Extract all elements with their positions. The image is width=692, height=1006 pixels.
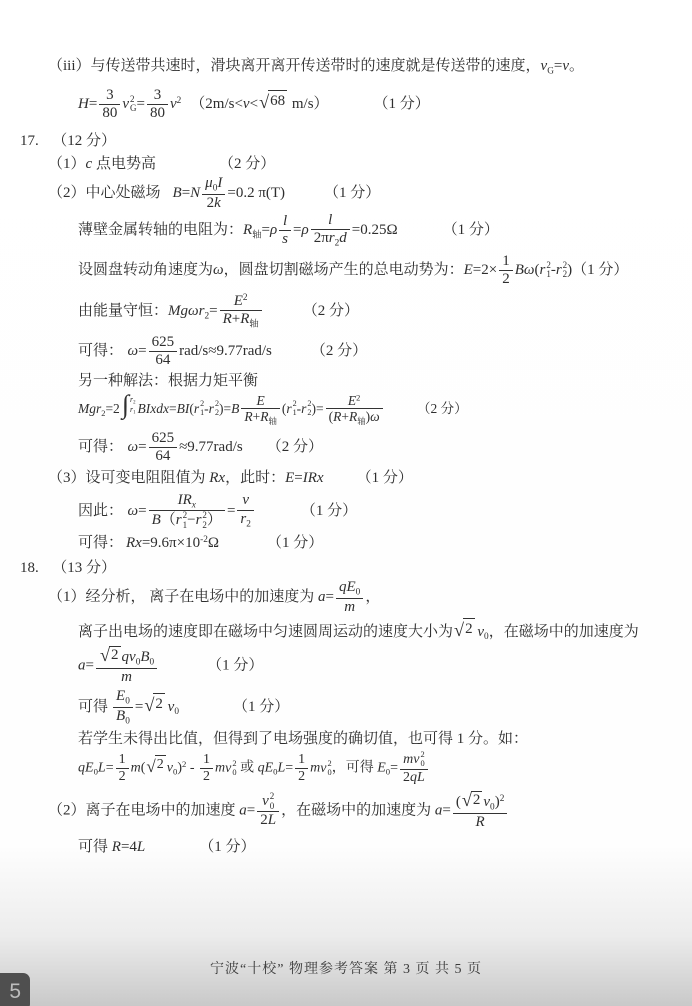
text: 薄壁金属转轴的电阻为： — [78, 222, 243, 238]
fraction: 380 — [147, 87, 168, 123]
radicand: 2 — [471, 791, 483, 809]
text: ，此时： — [225, 470, 285, 486]
fraction: v202L — [257, 792, 279, 829]
line-q17-omega3: 因此：ω=IRxB（r21−r22）=vr2（1 分） — [0, 492, 692, 531]
math-variable: r — [209, 400, 214, 418]
corner-page-badge-label: 5 — [9, 980, 21, 1004]
fraction: mv202qL — [400, 751, 428, 786]
text: 可得： — [78, 535, 123, 551]
subscript: 0 — [420, 760, 424, 769]
math-variable: Mgr — [78, 401, 101, 416]
subscript: 轴 — [268, 417, 276, 426]
fraction: l2πr2d — [311, 212, 350, 249]
text: ，圆盘切割磁场产生的总电动势为： — [224, 262, 464, 278]
radicand: 2 — [155, 755, 166, 775]
math-variable: Rx — [126, 535, 142, 551]
text: 3 — [106, 87, 114, 103]
fraction-numerator: μ0I — [202, 175, 225, 195]
math-variable: a — [78, 657, 86, 673]
square-root: √2 — [144, 693, 165, 714]
text: 2 — [260, 812, 268, 828]
fraction-denominator: 80 — [147, 105, 168, 122]
line-q17-emf: 设圆盘转动角速度为ω，圆盘切割磁场产生的总电动势为：E=2×12Bω(r21-r… — [0, 253, 692, 289]
math-variable: ω — [128, 502, 139, 518]
text: 2 — [119, 769, 126, 784]
text: 轴 — [268, 417, 276, 426]
math-variable: r — [539, 260, 545, 280]
fraction: ls — [279, 213, 291, 249]
text: 2 — [133, 400, 135, 405]
fraction-numerator: 625 — [149, 334, 178, 352]
math-variable: k — [214, 195, 221, 211]
text: 由能量守恒： — [78, 303, 168, 319]
math-variable: l — [328, 212, 332, 228]
text: 设圆盘转动角速度为 — [78, 262, 213, 278]
text: = — [135, 699, 143, 715]
math-variable: L — [268, 812, 276, 828]
sub-sup-group: v2G — [122, 94, 136, 114]
line-q18-R-result: 可得 R=4L（1 分） — [0, 837, 692, 857]
math-variable: a — [239, 802, 247, 818]
corner-page-badge[interactable]: 5 — [0, 973, 30, 1006]
text: =0.2 π(T) — [227, 185, 285, 201]
line-q17-Rx-result: 可得：Rx=9.6π×10-2Ω（1 分） — [0, 533, 692, 553]
fraction-denominator: 2qL — [400, 770, 428, 786]
math-variable: I — [217, 175, 222, 191]
text: 轴 — [249, 319, 258, 329]
math-variable: x — [192, 500, 196, 510]
text: = — [138, 502, 146, 518]
fraction: √2qv0B0m — [96, 646, 157, 686]
fraction-numerator: E2 — [220, 293, 262, 311]
line-q18-speed-statement: 离子出电场的速度即在磁场中匀速圆周运动的速度大小为√2v0，在磁场中的加速度为 — [0, 618, 692, 644]
text: =9.6π — [142, 535, 177, 551]
fraction-numerator: 1 — [116, 752, 129, 769]
square-root: √2 — [146, 755, 165, 775]
text: =0.25Ω — [352, 222, 398, 238]
text: （3）设可变电阻阻值为 — [48, 470, 209, 486]
sub-sup-group: v20 — [320, 760, 331, 779]
math-variable: ρ — [270, 222, 277, 238]
math-variable: Mg — [168, 303, 188, 319]
text: ×10 — [177, 535, 200, 551]
sub-sup-group: v20 — [262, 792, 274, 811]
text: 2π — [314, 230, 329, 246]
square-root: √2 — [454, 618, 475, 639]
text: （ — [161, 512, 176, 528]
text: 80 — [102, 105, 117, 121]
fraction-numerator: 625 — [149, 430, 178, 448]
text: 若学生未得出比值，但得到了电场强度的确切值，也可得 1 分。如： — [78, 731, 528, 747]
math-variable: B — [173, 185, 182, 201]
text: 625 — [152, 430, 175, 446]
math-variable: m — [131, 761, 141, 776]
math-variable: ω — [128, 439, 139, 455]
math-variable: R — [349, 409, 357, 424]
math-variable: B — [231, 401, 239, 416]
text: 0 — [174, 707, 179, 717]
math-variable: l — [283, 213, 287, 229]
text: 2 — [203, 769, 210, 784]
fraction-denominator: 2L — [257, 812, 279, 829]
line-q17-energy: 由能量守恒：Mgωr2=E2R+R轴（2 分） — [0, 293, 692, 330]
text: 0 — [125, 696, 130, 706]
math-variable: v — [320, 760, 326, 779]
math-variable: R — [244, 409, 252, 424]
text: − — [187, 512, 195, 528]
math-variable: E — [234, 293, 243, 309]
text: = — [136, 96, 144, 112]
text: 2 — [155, 696, 163, 712]
math-variable: m — [403, 752, 413, 767]
text: < — [250, 96, 258, 112]
text: 80 — [150, 105, 165, 121]
integral-lower: r1 — [130, 406, 135, 416]
math-variable: B — [152, 512, 161, 528]
text: 64 — [155, 448, 170, 464]
subscript: 0 — [270, 802, 275, 811]
line-q17-resistance: 薄壁金属转轴的电阻为：R轴=ρls=ρl2πr2d=0.25Ω（1 分） — [0, 212, 692, 249]
fraction: 380 — [99, 87, 120, 123]
line-H-formula: H=380v2G=380v2（2m/s<v<√68 m/s）（1 分） — [0, 87, 692, 123]
line-q17-omega2: 可得：ω=62564≈9.77rad/s（2 分） — [0, 430, 692, 466]
superscript: 2 — [356, 393, 360, 402]
subscript: 0 — [125, 696, 130, 706]
fraction-numerator: (√2v0)2 — [453, 791, 508, 814]
math-variable: r — [194, 400, 199, 418]
math-variable: R — [240, 311, 249, 327]
sub-sup-group: r22 — [209, 400, 219, 418]
math-variable: v — [413, 752, 419, 768]
fraction-numerator: √2qv0B0 — [96, 646, 157, 669]
math-variable: r — [196, 512, 202, 529]
text: （2 分） — [267, 439, 323, 455]
fraction-denominator: (R+R轴)ω — [326, 409, 383, 427]
math-variable: m — [215, 761, 225, 776]
fraction-numerator: 3 — [99, 87, 120, 105]
text: rad/s≈9.77rad/s — [179, 343, 272, 359]
text: 0 — [150, 657, 155, 667]
radicand: 68 — [268, 90, 287, 111]
fraction: 12 — [295, 752, 308, 785]
text: （2 分） — [303, 303, 359, 319]
fraction: vr2 — [237, 492, 254, 529]
document-page: （iii）与传送带共速时，滑块离开离开传送带时的速度就是传送带的速度，vG=v。… — [0, 0, 692, 857]
math-variable: E — [377, 761, 386, 776]
text: 轴 — [357, 417, 365, 426]
text: 2 — [111, 647, 119, 663]
superscript: 2 — [500, 794, 505, 804]
text: 可得 — [78, 699, 108, 715]
line-q18-part1-accel: （1）经分析， 离子在电场中的加速度为 a=qE0m， — [0, 579, 692, 616]
text: （2）中心处磁场 — [48, 185, 161, 201]
math-variable: E — [464, 262, 473, 278]
fraction-denominator: 2 — [200, 769, 213, 785]
line-iii-statement: （iii）与传送带共速时，滑块离开离开传送带时的速度就是传送带的速度，vG=v。 — [0, 56, 692, 78]
text: ≈9.77rad/s — [179, 439, 243, 455]
text: = — [294, 470, 302, 486]
square-root: √68 — [259, 90, 287, 111]
text: ，在磁场中的加速度为 — [489, 624, 639, 640]
sub-sup-group: r21 — [286, 400, 296, 418]
radicand: 2 — [153, 693, 165, 714]
fraction-numerator: E2 — [326, 393, 383, 410]
math-variable: ρ — [301, 222, 308, 238]
math-variable: L — [98, 761, 106, 776]
fraction: qE0m — [336, 579, 363, 616]
math-variable: v — [262, 793, 269, 810]
math-variable: qv — [122, 649, 136, 665]
sub-sup-group: r22 — [556, 260, 567, 280]
math-variable: ω — [524, 262, 535, 278]
fraction-denominator: 2 — [295, 769, 308, 785]
text: 2 — [298, 769, 305, 784]
math-variable: BI — [177, 401, 190, 416]
text: = — [247, 802, 255, 818]
text: （2m/s< — [190, 96, 243, 112]
math-variable: E — [116, 688, 125, 704]
text: = — [442, 802, 450, 818]
integral: ∫r2r1 — [122, 394, 136, 416]
subscript: 轴 — [249, 319, 258, 329]
line-q17-part3: （3）设可变电阻阻值为 Rx，此时：E=IRx（1 分） — [0, 468, 692, 488]
text: ，在磁场中的加速度为 — [281, 802, 435, 818]
math-variable: v — [242, 492, 249, 508]
math-variable: a — [318, 589, 326, 605]
math-variable: r — [556, 260, 562, 280]
math-variable: E — [256, 393, 264, 408]
text: 2 — [246, 519, 251, 529]
math-variable: IRx — [303, 470, 324, 486]
math-variable: qE — [258, 761, 274, 776]
text: = — [209, 303, 217, 319]
math-variable: ω — [213, 262, 224, 278]
text: （1 分） — [357, 470, 413, 486]
math-variable: μ — [205, 175, 213, 191]
text: （2 分） — [417, 401, 468, 416]
text: （iii）与传送带共速时，滑块离开离开传送带时的速度就是传送带的速度， — [48, 58, 541, 74]
text: = — [227, 502, 235, 518]
line-q17-torque: Mgr2=2∫r2r1BIxdx=BI(r21-r22)=BER+R轴(r21-… — [0, 393, 692, 427]
integral-icon: ∫ — [122, 394, 129, 416]
fraction-numerator: l — [279, 213, 291, 231]
fraction-numerator: 1 — [200, 752, 213, 769]
text: 0 — [125, 716, 130, 726]
text: = — [169, 401, 177, 416]
page-footer: 宁波“十校” 物理参考答案 第 3 页 共 5 页 — [0, 958, 692, 978]
fraction-denominator: 2πr2d — [311, 230, 350, 249]
fraction-denominator: R — [453, 814, 508, 831]
fraction-denominator: r2 — [237, 511, 254, 530]
text: + — [341, 409, 349, 424]
text: ( — [456, 794, 461, 810]
math-variable: R — [223, 311, 232, 327]
line-q18-header: 18.（13 分） — [0, 558, 692, 578]
text: =2× — [473, 262, 497, 278]
text: )= — [311, 401, 323, 416]
math-variable: ω — [370, 409, 380, 424]
math-variable: r — [286, 400, 291, 418]
subscript: 2 — [246, 519, 251, 529]
text: 625 — [152, 334, 175, 350]
line-q17-part1: （1）c 点电势高（2 分） — [0, 154, 692, 174]
math-variable: N — [190, 185, 200, 201]
text: + — [232, 311, 240, 327]
text: ( — [141, 761, 146, 776]
fraction-denominator: m — [336, 599, 363, 616]
text: （1）经分析， 离子在电场中的加速度为 — [48, 589, 318, 605]
text: 可得： — [78, 439, 123, 455]
text: 2 — [502, 271, 510, 287]
fraction-numerator: v — [237, 492, 254, 510]
text: 2 — [473, 792, 481, 808]
text: ，可得 — [332, 761, 378, 776]
fraction-numerator: E — [241, 393, 280, 410]
text: 64 — [155, 352, 170, 368]
fraction: 12 — [116, 752, 129, 785]
subscript: 2 — [133, 400, 135, 405]
superscript: -2 — [200, 535, 208, 545]
math-variable: ω — [128, 343, 139, 359]
subscript: 0 — [125, 716, 130, 726]
math-variable: v — [170, 96, 177, 112]
line-q18-note: 若学生未得出比值，但得到了电场强度的确切值，也可得 1 分。如： — [0, 729, 692, 749]
radicand: 2 — [463, 618, 475, 639]
text: ， — [365, 589, 380, 605]
text: 2 — [500, 794, 505, 804]
subscript: 轴 — [252, 230, 261, 240]
text: （12 分） — [52, 133, 116, 149]
text: = — [262, 222, 270, 238]
math-variable: qE — [78, 761, 94, 776]
text: （2 分） — [219, 156, 275, 172]
math-variable: s — [282, 231, 288, 247]
math-variable: qE — [339, 579, 356, 595]
text: 0 — [356, 587, 361, 597]
text: 3 — [154, 87, 162, 103]
line-q17-header: 17.（12 分） — [0, 131, 692, 151]
text: （1 分） — [233, 699, 289, 715]
text: Ω — [208, 535, 219, 551]
fraction-denominator: 80 — [99, 105, 120, 122]
fraction-denominator: m — [96, 669, 157, 686]
text: （1 分） — [443, 222, 499, 238]
fraction: 12 — [200, 752, 213, 785]
text: = — [138, 343, 146, 359]
subscript: 轴 — [357, 417, 365, 426]
math-variable: L — [137, 839, 145, 855]
text: - — [186, 761, 198, 776]
text: 。 — [569, 58, 584, 74]
text: 2 — [356, 393, 360, 402]
text: 另一种解法：根据力矩平衡 — [78, 373, 258, 389]
text: 17. — [20, 133, 39, 149]
text: （2 分） — [311, 343, 367, 359]
text: = — [326, 589, 334, 605]
text: 1 — [502, 253, 510, 269]
text: 2 — [177, 96, 182, 106]
text: 2 — [157, 757, 164, 772]
line-q17-part2-B: （2）中心处磁场B=Nμ0I2k=0.2 π(T)（1 分） — [0, 175, 692, 212]
text: 18. — [20, 560, 39, 576]
text: 2 — [465, 621, 473, 637]
fraction-numerator: 3 — [147, 87, 168, 105]
text: = — [89, 96, 97, 112]
radicand: 2 — [109, 646, 121, 664]
fraction: 12 — [499, 253, 513, 289]
text: （1 分） — [324, 185, 380, 201]
sub-sup-group: r22 — [196, 511, 207, 530]
fraction-denominator: 2 — [499, 271, 513, 288]
text: =2 — [105, 401, 119, 416]
fraction-numerator: IRx — [149, 492, 225, 512]
math-variable: v — [122, 94, 129, 114]
fraction: 62564 — [149, 334, 178, 370]
subscript: 0 — [174, 707, 179, 717]
fraction-denominator: B0 — [113, 708, 133, 727]
sub-sup-group: v20 — [225, 760, 236, 779]
math-variable: ω — [188, 303, 199, 319]
sub-sup-group: r22 — [301, 400, 311, 418]
math-variable: B — [140, 649, 149, 665]
fraction-denominator: R+R轴 — [241, 409, 280, 427]
sub-sup-group: r21 — [176, 511, 187, 530]
integral-limits: r2r1 — [130, 396, 135, 415]
sub-sup-group: r21 — [539, 260, 550, 280]
text: 1 — [203, 752, 210, 767]
fraction: E2(R+R轴)ω — [326, 393, 383, 427]
math-variable: E — [285, 470, 294, 486]
fraction-denominator: 64 — [149, 448, 178, 465]
fraction-numerator: v20 — [257, 792, 279, 812]
math-variable: E — [348, 393, 356, 408]
math-variable: r — [301, 400, 306, 418]
math-variable: m — [310, 761, 320, 776]
sub-sup-group: v20 — [413, 751, 424, 769]
math-variable: Rx — [209, 470, 225, 486]
math-variable: r — [176, 512, 182, 529]
subscript: 0 — [150, 657, 155, 667]
fraction: IRxB（r21−r22） — [149, 492, 225, 531]
subscript: 0 — [356, 587, 361, 597]
text: （1 分） — [374, 96, 430, 112]
superscript: 2 — [243, 293, 248, 303]
subscript: G — [547, 66, 554, 76]
text: （1） — [48, 156, 86, 172]
math-variable: qL — [410, 770, 425, 785]
fraction: (√2v0)2R — [453, 791, 508, 831]
text: ） — [207, 512, 222, 528]
text: 点电势高 — [92, 156, 156, 172]
text: （1 分） — [572, 262, 628, 278]
fraction-numerator: E0 — [113, 688, 133, 708]
text: = — [138, 439, 146, 455]
fraction-denominator: s — [279, 231, 291, 248]
line-q18-part2: （2）离子在电场中的加速度 a=v202L，在磁场中的加速度为 a=(√2v0)… — [0, 791, 692, 831]
text: = — [285, 761, 293, 776]
fraction-numerator: mv20 — [400, 751, 428, 770]
text: 离子出电场的速度即在磁场中匀速圆周运动的速度大小为 — [78, 624, 453, 640]
text: 2 — [243, 293, 248, 303]
text: （13 分） — [52, 560, 116, 576]
math-variable: B — [515, 262, 524, 278]
square-root: √2 — [100, 646, 121, 664]
text: 2 — [403, 770, 410, 785]
sub-sup-group: r21 — [194, 400, 204, 418]
text: = — [86, 657, 94, 673]
text: 因此： — [78, 502, 123, 518]
fraction-denominator: 64 — [149, 352, 178, 369]
